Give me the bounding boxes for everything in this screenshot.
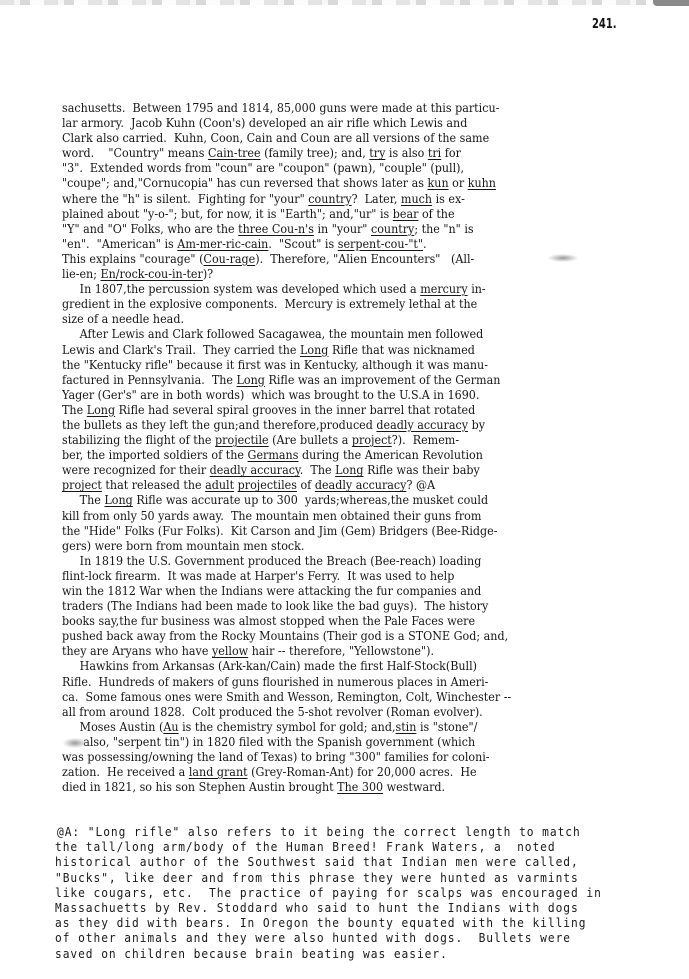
body-line: win the 1812 War when the Indians were a…: [62, 584, 605, 599]
body-line: was possessing/owning the land of Texas)…: [62, 750, 605, 765]
body-line: kill from only 50 yards away. The mounta…: [62, 509, 605, 524]
body-line: all from around 1828. Colt produced the …: [62, 705, 605, 720]
body-line: Yager (Ger's" are in both words) which w…: [62, 388, 605, 403]
footnote-line: as they did with bears. In Oregon the bo…: [55, 915, 602, 930]
body-line: stabilizing the flight of the projectile…: [62, 433, 605, 448]
page-number: 241.: [592, 17, 617, 32]
document-body: sachusetts. Between 1795 and 1814, 85,00…: [62, 101, 662, 795]
scan-artifact-corner: [653, 0, 689, 6]
body-line: project that released the adult projecti…: [62, 478, 605, 493]
footnote-line: the tall/long arm/body of the Human Bree…: [55, 839, 602, 854]
body-line: the bullets as they left the gun;and the…: [62, 418, 605, 433]
body-line: died in 1821, so his son Stephen Austin …: [62, 780, 605, 795]
footnote-line: historical author of the Southwest said …: [55, 854, 602, 869]
footnote-block: @A: "Long rifle" also refers to it being…: [55, 824, 659, 961]
body-line: Lewis and Clark's Trail. They carried th…: [62, 343, 605, 358]
body-line: zation. He received a land grant (Grey-R…: [62, 765, 605, 780]
body-line: lie-en; En/rock-cou-in-ter)?: [62, 267, 605, 282]
footnote-line: like cougars, etc. The practice of payin…: [55, 885, 602, 900]
body-line: ca. Some famous ones were Smith and Wess…: [62, 690, 605, 705]
scan-artifact-top: [0, 0, 689, 5]
body-line: pushed back away from the Rocky Mountain…: [62, 629, 605, 644]
footnote-line: Massachuetts by Rev. Stoddard who said t…: [55, 900, 602, 915]
body-line: gredient in the explosive components. Me…: [62, 297, 605, 312]
footnote-line: of other animals and they were also hunt…: [55, 930, 602, 945]
body-line: they are Aryans who have yellow hair -- …: [62, 644, 605, 659]
body-line: "Y" and "O" Folks, who are the three Cou…: [62, 222, 605, 237]
body-line: plained about "y-o-"; but, for now, it i…: [62, 207, 605, 222]
body-line: "3". Extended words from "coun" are "cou…: [62, 161, 605, 176]
body-line: This explains "courage" (Cou-rage). Ther…: [62, 252, 605, 267]
body-line: Hawkins from Arkansas (Ark-kan/Cain) mad…: [62, 659, 605, 674]
body-line: gers) were born from mountain men stock.: [62, 539, 605, 554]
body-line: After Lewis and Clark followed Sacagawea…: [62, 327, 605, 342]
body-line: were recognized for their deadly accurac…: [62, 463, 605, 478]
body-line: The Long Rifle had several spiral groove…: [62, 403, 605, 418]
body-line: ber, the imported soldiers of the German…: [62, 448, 605, 463]
scan-smudge: [63, 738, 87, 748]
body-line: the "Hide" Folks (Fur Folks). Kit Carson…: [62, 524, 605, 539]
body-line: size of a needle head.: [62, 312, 605, 327]
body-line: factured in Pennsylvania. The Long Rifle…: [62, 373, 605, 388]
body-line: the "Kentucky rifle" because it first wa…: [62, 358, 605, 373]
body-line: sachusetts. Between 1795 and 1814, 85,00…: [62, 101, 605, 116]
body-line: The Long Rifle was accurate up to 300 ya…: [62, 493, 605, 508]
body-line: Rifle. Hundreds of makers of guns flouri…: [62, 675, 605, 690]
body-line: "en". "American" is Am-mer-ric-cain. "Sc…: [62, 237, 605, 252]
body-line: also, "serpent tin") in 1820 filed with …: [62, 735, 605, 750]
footnote-line: "Bucks", like deer and from this phrase …: [55, 870, 602, 885]
body-line: Clark also carried. Kuhn, Coon, Cain and…: [62, 131, 605, 146]
body-line: In 1819 the U.S. Government produced the…: [62, 554, 605, 569]
body-line: "coupe"; and,"Cornucopia" has cun revers…: [62, 176, 605, 191]
footnote-line: saved on children because brain beating …: [55, 946, 602, 961]
body-line: where the "h" is silent. Fighting for "y…: [62, 192, 605, 207]
body-line: In 1807,the percussion system was develo…: [62, 282, 605, 297]
body-line: lar armory. Jacob Kuhn (Coon's) develope…: [62, 116, 605, 131]
body-line: traders (The Indians had been made to lo…: [62, 599, 605, 614]
footnote-heading-line: @A: "Long rifle" also refers to it being…: [57, 824, 602, 839]
body-line: Moses Austin (Au is the chemistry symbol…: [62, 720, 605, 735]
body-line: word. "Country" means Cain-tree (family …: [62, 146, 605, 161]
scan-smudge: [548, 254, 578, 262]
body-line: flint-lock firearm. It was made at Harpe…: [62, 569, 605, 584]
body-line: books say,the fur business was almost st…: [62, 614, 605, 629]
